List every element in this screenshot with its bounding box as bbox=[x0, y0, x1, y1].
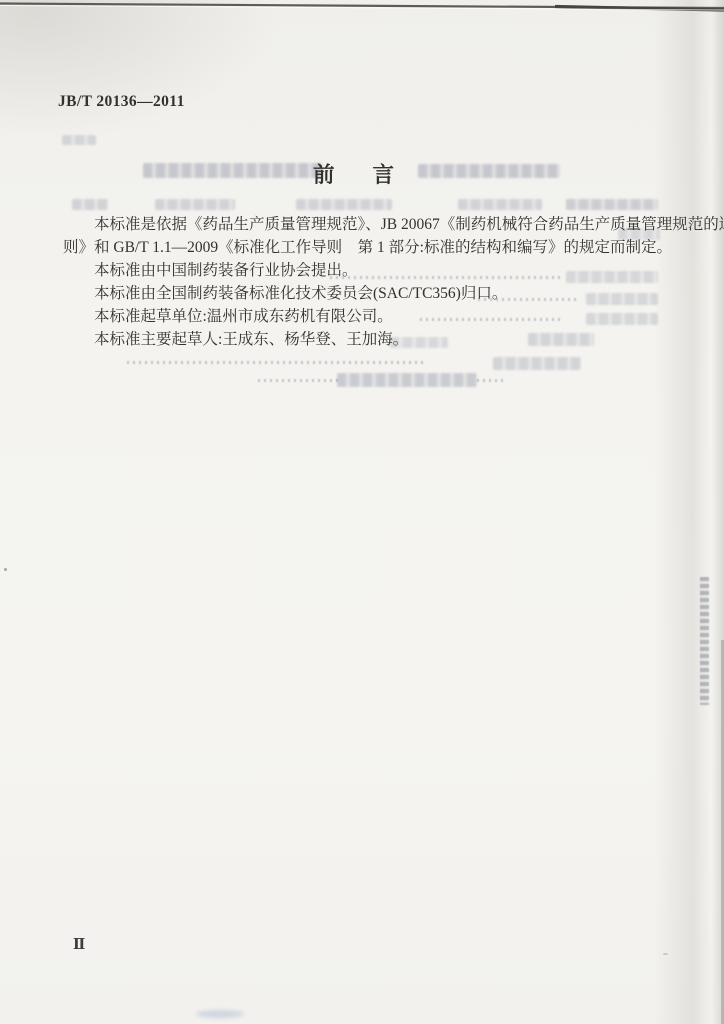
bleedthrough-dotted-leader bbox=[127, 361, 427, 364]
bleedthrough-strip bbox=[566, 199, 658, 210]
foreword-line: 本标准是依据《药品生产质量管理规范》、JB 20067《制药机械符合药品生产质量… bbox=[63, 213, 665, 236]
page-number: Ⅱ bbox=[73, 936, 85, 953]
bleedthrough-strip bbox=[458, 199, 542, 210]
scan-speck bbox=[4, 568, 7, 571]
foreword-line: 则》和 GB/T 1.1—2009《标准化工作导则 第 1 部分:标准的结构和编… bbox=[63, 236, 665, 259]
bleedthrough-strip bbox=[72, 199, 108, 210]
scan-smudge bbox=[196, 1010, 244, 1018]
foreword-line: 本标准主要起草人:王成东、杨华登、王加海。 bbox=[63, 328, 665, 351]
bleedthrough-dotted-leader bbox=[477, 379, 505, 382]
paper-shading-right-edge bbox=[654, 0, 724, 1024]
bleedthrough-strip bbox=[493, 357, 581, 370]
scanner-edge-line bbox=[0, 0, 724, 18]
page-title-char-left: 前 bbox=[313, 158, 336, 189]
bleedthrough-strip bbox=[337, 373, 477, 387]
foreword-line: 本标准由全国制药装备标准化技术委员会(SAC/TC356)归口。 bbox=[63, 282, 665, 305]
paper-shading-topleft bbox=[0, 0, 300, 150]
page-title: 前 言 bbox=[0, 158, 708, 189]
foreword-line: 本标准由中国制药装备行业协会提出。 bbox=[63, 259, 665, 282]
foreword-line: 本标准起草单位:温州市成东药机有限公司。 bbox=[63, 305, 665, 328]
bleedthrough-strip bbox=[155, 199, 235, 210]
standard-code: JB/T 20136—2011 bbox=[58, 93, 185, 111]
page-title-char-right: 言 bbox=[373, 158, 396, 189]
bleedthrough-strip bbox=[296, 199, 392, 210]
scanned-page: JB/T 20136—2011 前 言 本标准是依据《药品生产质量管理规范》、J… bbox=[0, 0, 724, 1024]
foreword-body: 本标准是依据《药品生产质量管理规范》、JB 20067《制药机械符合药品生产质量… bbox=[63, 213, 665, 351]
bleedthrough-dotted-leader bbox=[258, 379, 338, 382]
